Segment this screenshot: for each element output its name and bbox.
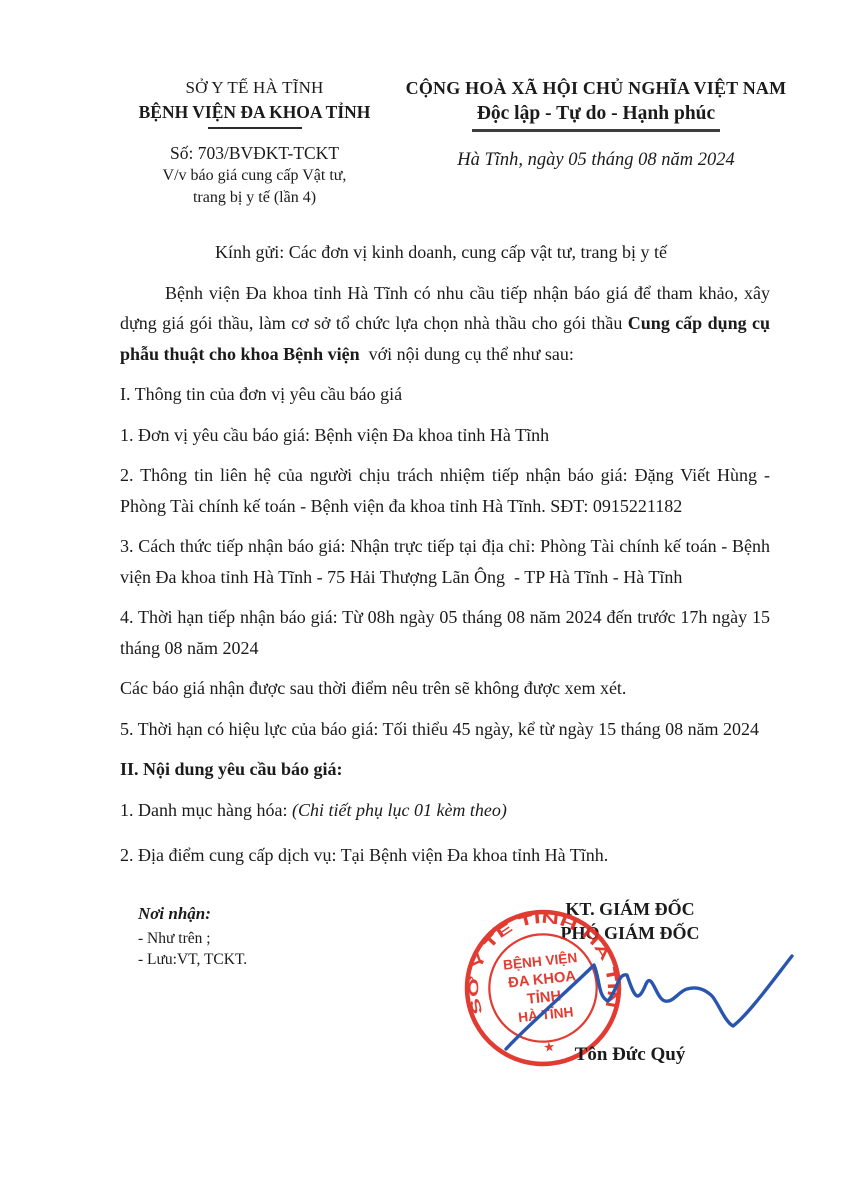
document-page: SỞ Y TẾ HÀ TĨNH BỆNH VIỆN ĐA KHOA TỈNH S… xyxy=(0,0,849,1200)
national-motto: Độc lập - Tự do - Hạnh phúc xyxy=(397,102,795,126)
section1-item5: 5. Thời hạn có hiệu lực của báo giá: Tối… xyxy=(120,714,770,745)
header-left-rule xyxy=(208,127,302,129)
section1-note: Các báo giá nhận được sau thời điểm nêu … xyxy=(120,673,770,704)
signer-name: Tôn Đức Quý xyxy=(480,1044,780,1066)
recipients-heading: Nơi nhận: xyxy=(138,903,247,924)
intro-paragraph: Bệnh viện Đa khoa tỉnh Hà Tĩnh có nhu cầ… xyxy=(120,278,770,370)
signature xyxy=(486,929,798,1061)
section2-item2: 2. Địa điểm cung cấp dịch vụ: Tại Bệnh v… xyxy=(120,840,770,871)
recipients-block: Nơi nhận: - Như trên ; - Lưu:VT, TCKT. xyxy=(138,903,247,970)
section1-item4: 4. Thời hạn tiếp nhận báo giá: Từ 08h ng… xyxy=(120,602,770,663)
document-subject-line1: V/v báo giá cung cấp Vật tư, xyxy=(112,165,397,187)
intro-text-2: với nội dung cụ thể như sau: xyxy=(360,344,574,364)
recipient-item: - Lưu:VT, TCKT. xyxy=(138,949,247,970)
place-and-date: Hà Tĩnh, ngày 05 tháng 08 năm 2024 xyxy=(397,148,795,172)
salutation-line: Kính gửi: Các đơn vị kinh doanh, cung cấ… xyxy=(215,237,770,268)
issuing-organization: BỆNH VIỆN ĐA KHOA TỈNH xyxy=(112,100,397,124)
document-body: Kính gửi: Các đơn vị kinh doanh, cung cấ… xyxy=(120,237,770,871)
section2-item1: 1. Danh mục hàng hóa: (Chi tiết phụ lục … xyxy=(120,795,770,826)
section1-item2: 2. Thông tin liên hệ của người chịu trác… xyxy=(120,460,770,521)
signature-icon xyxy=(486,929,798,1061)
header-right-block: CỘNG HOÀ XÃ HỘI CHỦ NGHĨA VIỆT NAM Độc l… xyxy=(397,76,795,209)
section1-item1: 1. Đơn vị yêu cầu báo giá: Bệnh viện Đa … xyxy=(120,420,770,451)
recipient-item: - Như trên ; xyxy=(138,928,247,949)
document-number: Số: 703/BVĐKT-TCKT xyxy=(112,141,397,165)
document-subject-line2: trang bị y tế (lần 4) xyxy=(112,187,397,209)
issuing-department: SỞ Y TẾ HÀ TĨNH xyxy=(112,76,397,100)
section2-item1-label: 1. Danh mục hàng hóa: xyxy=(120,800,292,820)
national-title: CỘNG HOÀ XÃ HỘI CHỦ NGHĨA VIỆT NAM xyxy=(397,76,795,100)
document-footer: Nơi nhận: - Như trên ; - Lưu:VT, TCKT. K… xyxy=(0,889,849,1189)
section2-heading: II. Nội dung yêu cầu báo giá: xyxy=(120,754,770,785)
section1-item3: 3. Cách thức tiếp nhận báo giá: Nhận trự… xyxy=(120,531,770,592)
header-right-rule xyxy=(472,129,720,132)
signature-stroke xyxy=(506,956,792,1049)
header-left-block: SỞ Y TẾ HÀ TĨNH BỆNH VIỆN ĐA KHOA TỈNH S… xyxy=(112,76,397,209)
section1-heading: I. Thông tin của đơn vị yêu cầu báo giá xyxy=(120,379,770,410)
section2-item1-detail: (Chi tiết phụ lục 01 kèm theo) xyxy=(292,800,507,820)
document-header: SỞ Y TẾ HÀ TĨNH BỆNH VIỆN ĐA KHOA TỈNH S… xyxy=(112,0,849,209)
